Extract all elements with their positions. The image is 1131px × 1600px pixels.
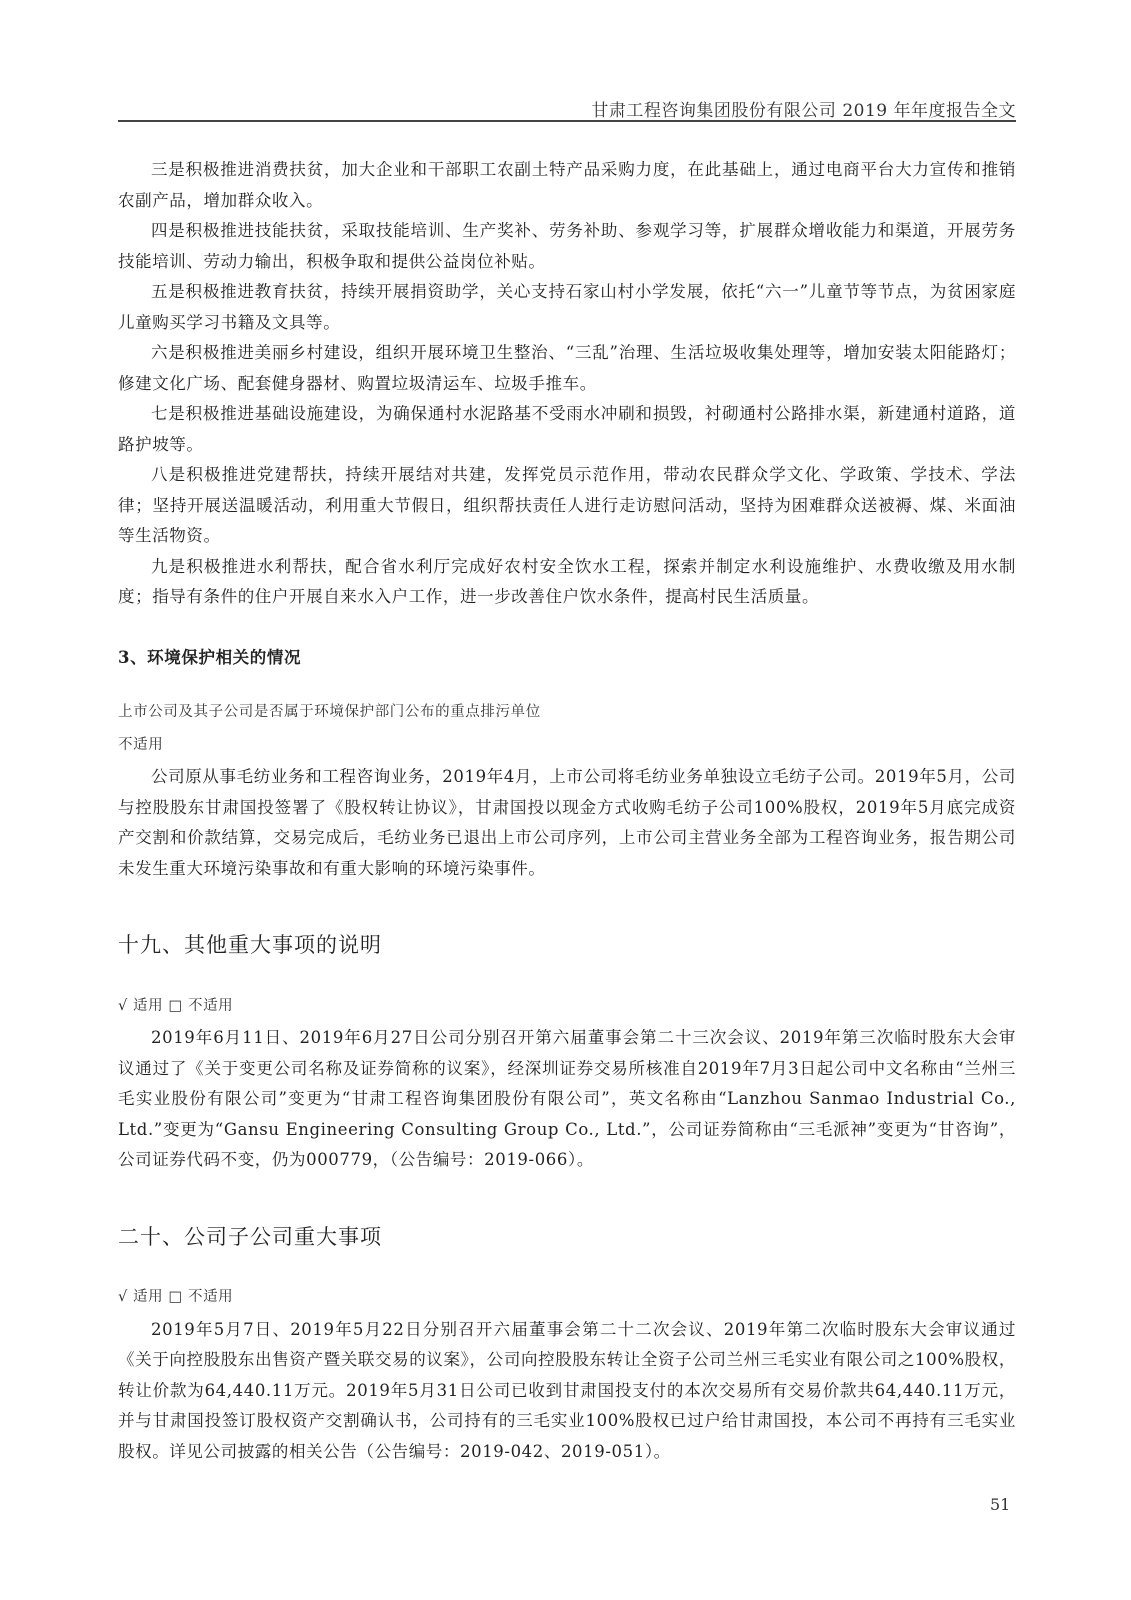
paragraph-item-7: 七是积极推进基础设施建设，为确保通村水泥路基不受雨水冲刷和损毁，衬砌通村公路排水… bbox=[118, 399, 1016, 460]
page-body: 三是积极推进消费扶贫，加大企业和干部职工农副土特产品采购力度，在此基础上，通过电… bbox=[118, 155, 1016, 1467]
paragraph-item-6: 六是积极推进美丽乡村建设，组织开展环境卫生整治、“三乱”治理、生活垃圾收集处理等… bbox=[118, 338, 1016, 399]
environment-body: 公司原从事毛纺业务和工程咨询业务，2019年4月，上市公司将毛纺业务单独设立毛纺… bbox=[118, 762, 1016, 884]
section-heading-19: 十九、其他重大事项的说明 bbox=[118, 930, 1016, 961]
section-19-body: 2019年6月11日、2019年6月27日公司分别召开第六届董事会第二十三次会议… bbox=[118, 1023, 1016, 1176]
section-19-applicability: √ 适用 □ 不适用 bbox=[118, 991, 1016, 1022]
section-20-applicability: √ 适用 □ 不适用 bbox=[118, 1282, 1016, 1313]
paragraph-item-9: 九是积极推进水利帮扶，配合省水利厅完成好农村安全饮水工程，探索并制定水利设施维护… bbox=[118, 552, 1016, 613]
environment-answer: 不适用 bbox=[118, 730, 1016, 761]
paragraph-item-4: 四是积极推进技能扶贫，采取技能培训、生产奖补、劳务补助、参观学习等，扩展群众增收… bbox=[118, 216, 1016, 277]
environment-question: 上市公司及其子公司是否属于环境保护部门公布的重点排污单位 bbox=[118, 697, 1016, 728]
section-20-body: 2019年5月7日、2019年5月22日分别召开六届董事会第二十二次会议、201… bbox=[118, 1315, 1016, 1468]
header-rule bbox=[118, 120, 1016, 122]
running-header: 甘肃工程咨询集团股份有限公司 2019 年年度报告全文 bbox=[118, 96, 1016, 121]
section-heading-environment: 3、环境保护相关的情况 bbox=[118, 643, 1016, 674]
paragraph-item-3: 三是积极推进消费扶贫，加大企业和干部职工农副土特产品采购力度，在此基础上，通过电… bbox=[118, 155, 1016, 216]
paragraph-item-8: 八是积极推进党建帮扶，持续开展结对共建，发挥党员示范作用，带动农民群众学文化、学… bbox=[118, 460, 1016, 552]
paragraph-item-5: 五是积极推进教育扶贫，持续开展捐资助学，关心支持石家山村小学发展，依托“六一”儿… bbox=[118, 277, 1016, 338]
page-number: 51 bbox=[990, 1495, 1010, 1514]
section-heading-20: 二十、公司子公司重大事项 bbox=[118, 1222, 1016, 1253]
